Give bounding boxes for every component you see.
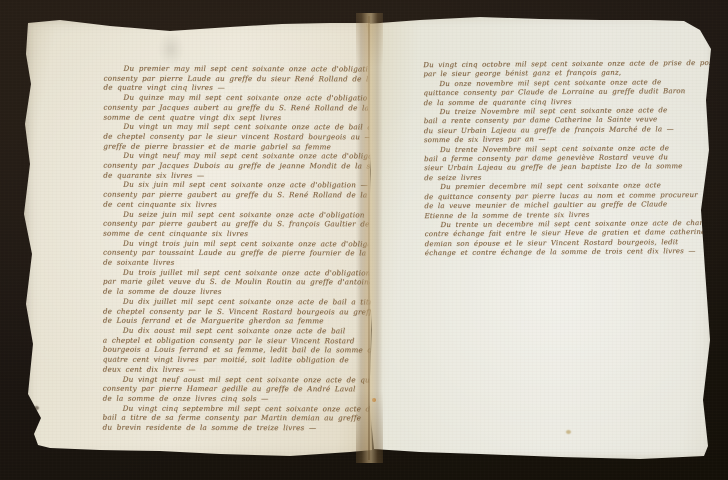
manuscript-line: Du premier may mil sept cent soixante on… bbox=[103, 64, 373, 74]
manuscript-line: consenty par pierre Hamear gedille au gr… bbox=[103, 384, 373, 394]
manuscript-line: de cent cinquante six livres bbox=[103, 199, 373, 209]
manuscript-line: consenty par Jacques Dubois au greffe de… bbox=[103, 161, 373, 171]
manuscript-line: consenty par Jacques aubert au greffe du… bbox=[103, 102, 373, 112]
age-spot bbox=[34, 406, 39, 410]
manuscript-line: consenty par pierre gaubert au greffe du… bbox=[103, 219, 373, 229]
manuscript-line: de la somme de onze livres cinq sols — bbox=[103, 394, 373, 404]
manuscript-text-left: Du premier may mil sept cent soixante on… bbox=[103, 64, 374, 433]
manuscript-line: Du dix juillet mil sept cent soixante on… bbox=[103, 297, 373, 307]
age-spot bbox=[566, 430, 571, 434]
manuscript-line: consenty par pierre gaubert au greffe du… bbox=[103, 190, 373, 200]
manuscript-line: Du vingt un may mil sept cent soixante o… bbox=[103, 122, 373, 132]
manuscript-line: du brevin residente de la somme de treiz… bbox=[103, 423, 373, 433]
manuscript-line: somme de cent cinquante six livres bbox=[103, 229, 373, 239]
manuscript-scan: Du premier may mil sept cent soixante on… bbox=[0, 0, 728, 480]
manuscript-line: de cheptel consenty par le sieur vincent… bbox=[103, 132, 373, 142]
manuscript-scan-photo: { "document": { "kind": "handwritten man… bbox=[0, 0, 728, 480]
ink-speck bbox=[241, 20, 245, 23]
manuscript-line: Du quinze may mil sept cent soixante onz… bbox=[103, 93, 373, 103]
page-right: Du vingt cinq octobre mil sept cent soix… bbox=[358, 10, 720, 466]
manuscript-line: de soixante livres bbox=[103, 258, 373, 268]
embossed-stamp-mark bbox=[158, 32, 184, 66]
manuscript-line: Du dix aoust mil sept cent soixante onze… bbox=[103, 326, 373, 336]
manuscript-text-right: Du vingt cinq octobre mil sept cent soix… bbox=[423, 59, 716, 259]
page-left: Du premier may mil sept cent soixante on… bbox=[20, 14, 376, 464]
manuscript-line: quatre cent vingt livres par moitié, soi… bbox=[103, 355, 373, 365]
gutter-crease-line bbox=[368, 16, 370, 460]
manuscript-line: deux cent dix livres — bbox=[103, 364, 373, 374]
manuscript-line: de la somme de douze livres bbox=[103, 287, 373, 297]
manuscript-line: échange et contre échange de la somme de… bbox=[425, 247, 716, 259]
